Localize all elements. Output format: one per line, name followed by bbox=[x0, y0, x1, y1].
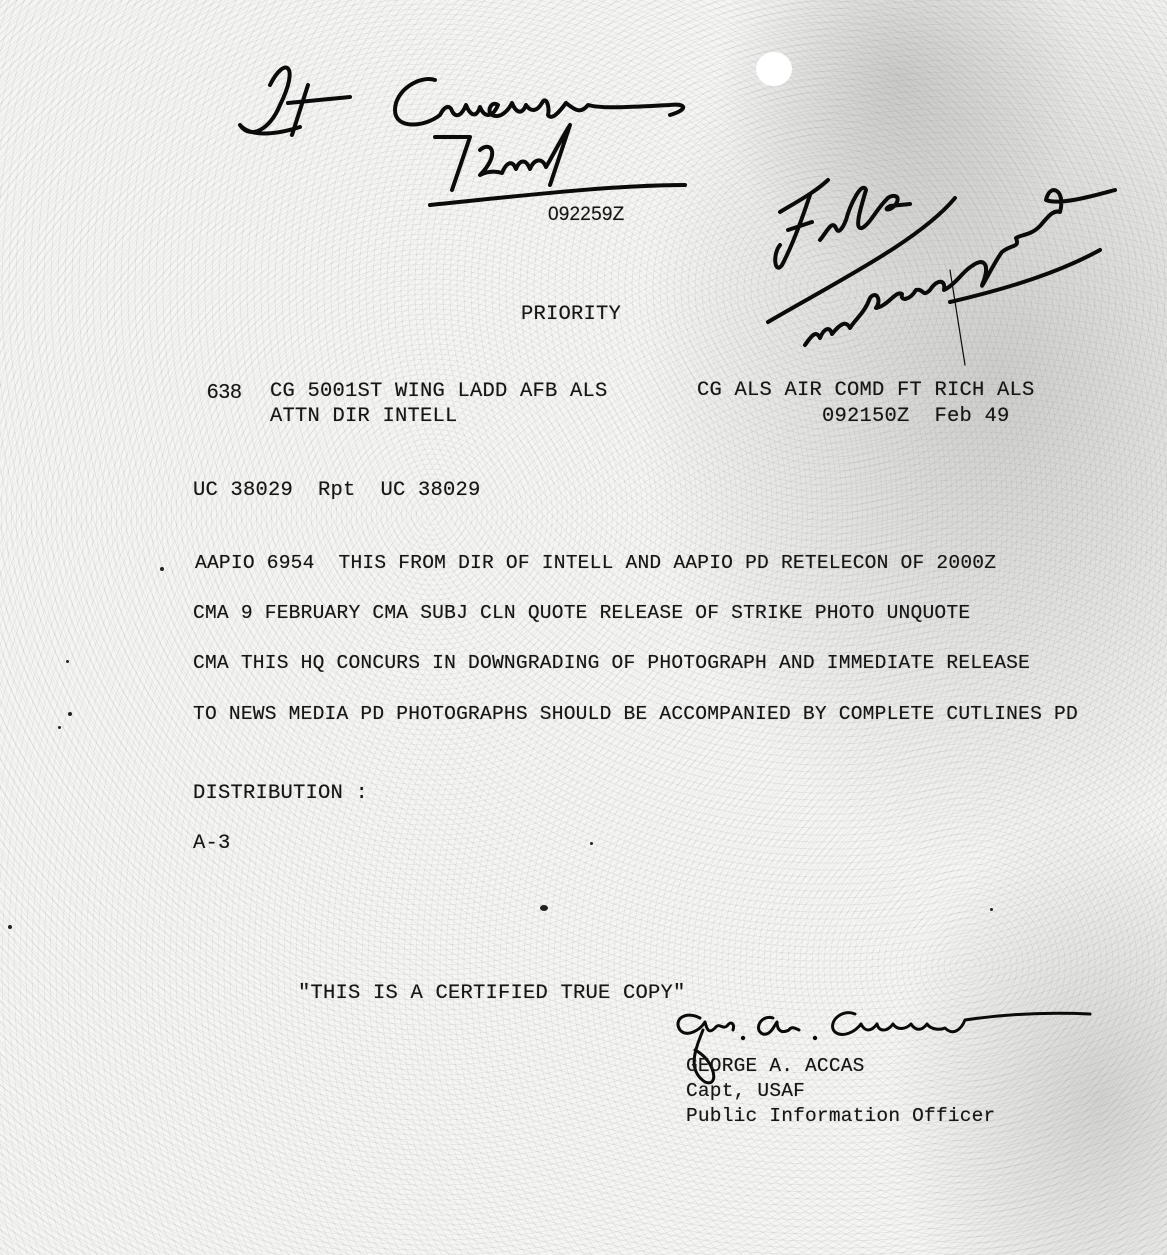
message-number: 638 bbox=[207, 382, 242, 403]
signer-title: Public Information Officer bbox=[686, 1107, 995, 1127]
body-line-2: CMA 9 FEBRUARY CMA SUBJ CLN QUOTE RELEAS… bbox=[193, 604, 970, 624]
speck bbox=[540, 905, 548, 911]
distribution-value: A-3 bbox=[193, 834, 231, 855]
certification-statement: "THIS IS A CERTIFIED TRUE COPY" bbox=[298, 984, 686, 1005]
speck bbox=[8, 925, 12, 929]
originator-line1: CG ALS AIR COMD FT RICH ALS bbox=[697, 381, 1035, 402]
signer-name: GEORGE A. ACCAS bbox=[686, 1057, 865, 1077]
body-line-1: AAPIO 6954 THIS FROM DIR OF INTELL AND A… bbox=[195, 554, 996, 574]
signer-rank: Capt, USAF bbox=[686, 1082, 805, 1102]
addressee-line2: ATTN DIR INTELL bbox=[270, 407, 458, 428]
speck bbox=[58, 726, 61, 729]
body-line-3: CMA THIS HQ CONCURS IN DOWNGRADING OF PH… bbox=[193, 654, 1030, 674]
originator-line2: 092150Z Feb 49 bbox=[822, 407, 1010, 428]
speck bbox=[590, 842, 593, 845]
precedence: PRIORITY bbox=[521, 305, 621, 326]
distribution-label: DISTRIBUTION : bbox=[193, 784, 368, 805]
speck bbox=[160, 567, 164, 571]
punch-hole bbox=[756, 52, 792, 86]
paper-background bbox=[0, 0, 1167, 1255]
addressee-line1: CG 5001ST WING LADD AFB ALS bbox=[270, 382, 608, 403]
reference-line: UC 38029 Rpt UC 38029 bbox=[193, 481, 481, 502]
speck bbox=[66, 660, 69, 663]
speck bbox=[68, 712, 72, 716]
speck bbox=[990, 908, 993, 911]
time-group: 092259Z bbox=[548, 205, 624, 224]
body-line-4: TO NEWS MEDIA PD PHOTOGRAPHS SHOULD BE A… bbox=[193, 705, 1078, 725]
